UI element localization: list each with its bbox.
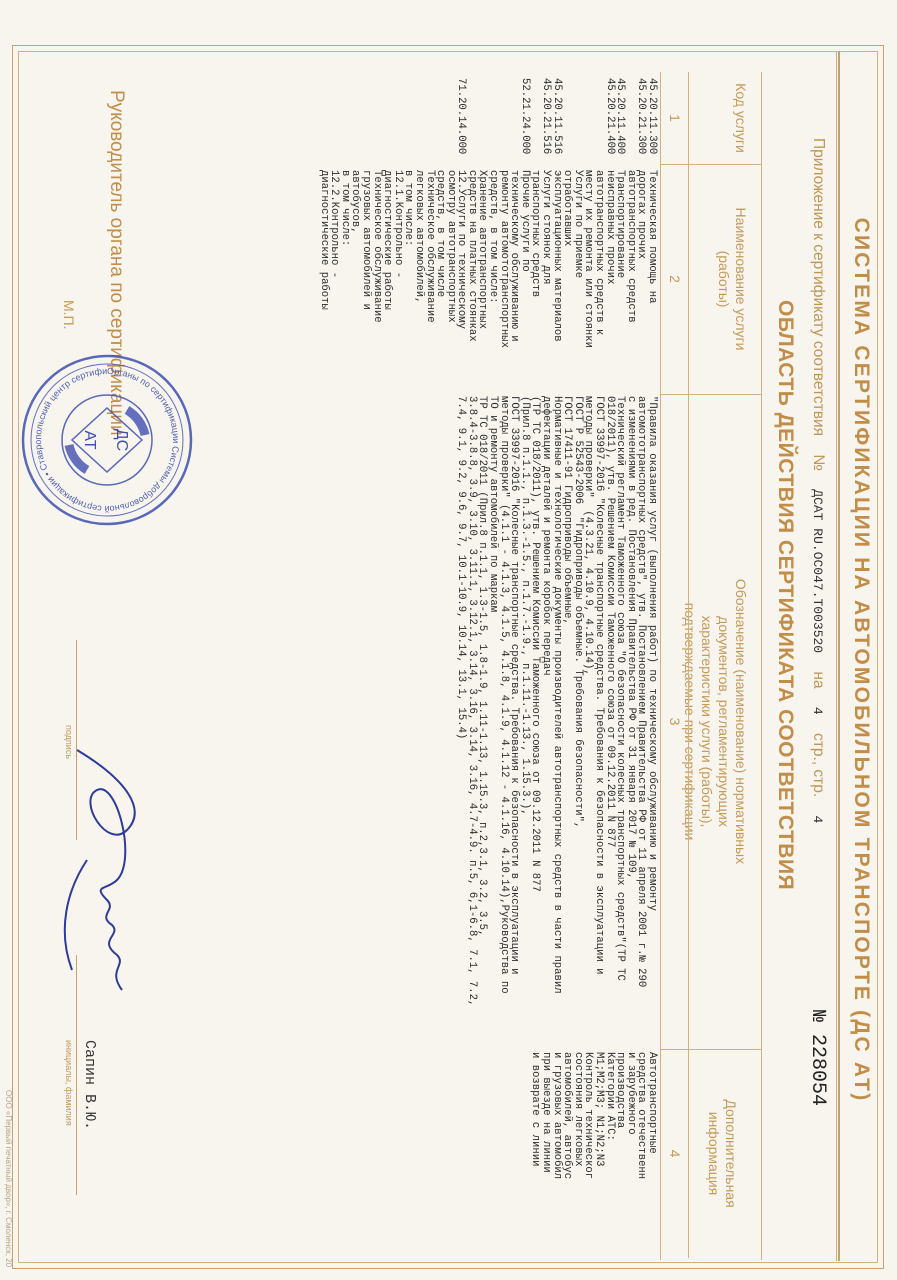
- normative-documents: "Правила оказания услуг (выполнения рабо…: [456, 396, 657, 1006]
- system-title: СИСТЕМА СЕРТИФИКАЦИИ НА АВТОМОБИЛЬНОМ ТР…: [849, 60, 873, 1260]
- number-sign: №: [810, 454, 827, 471]
- form-number: № 228054: [806, 1010, 829, 1106]
- title-divider-thin: [836, 51, 837, 1261]
- signatory-name: Сапин В.Ю.: [81, 1040, 98, 1130]
- handwritten-signature: [47, 740, 167, 1000]
- of-label: на: [810, 671, 827, 688]
- region-title: ОБЛАСТЬ ДЕЙСТВИЯ СЕРТИФИКАТА СООТВЕТСТВИ…: [773, 300, 797, 890]
- stamp-bottom-text: АТ: [81, 430, 98, 449]
- service-codes: 45.20.11.300 45.20.21.300 45.20.11.400 4…: [456, 78, 657, 154]
- certificate-appendix-page: СИСТЕМА СЕРТИФИКАЦИИ НА АВТОМОБИЛЬНОМ ТР…: [0, 0, 897, 1280]
- table-header: Код услуги 1 Наименование услуги (работы…: [660, 72, 762, 1260]
- certification-stamp: ДС АТ Органы по сертификации Системы доб…: [17, 350, 197, 530]
- certificate-number: ДСАТ RU.ОС047.Т003520: [810, 489, 825, 653]
- page-number: 4: [810, 816, 825, 824]
- appendix-line: Приложение к сертификату соответствия № …: [809, 138, 827, 837]
- column-header-service-name: Наименование услуги (работы) 2: [661, 164, 761, 395]
- column-header-normative-docs: Обозначение (наименование) нормативных д…: [661, 394, 761, 1050]
- printer-note: ООО «Первый печатный двор», г. Смоленск,…: [4, 1090, 13, 1267]
- name-line: [76, 955, 77, 1195]
- name-caption: инициалы, фамилия: [64, 1040, 74, 1126]
- pages-label: стр., стр.: [810, 733, 827, 797]
- additional-info: Автотранспортные средства отечественн и …: [530, 1052, 657, 1179]
- column-header-code: Код услуги 1: [661, 72, 761, 165]
- stamp-top-text: ДС: [113, 429, 130, 451]
- total-pages: 4: [810, 707, 825, 715]
- seal-placeholder: М.П.: [61, 300, 77, 330]
- appendix-label: Приложение к сертификату соответствия: [810, 138, 827, 436]
- column-header-additional-info: Дополнительная информация 4: [661, 1049, 761, 1258]
- service-names: Техническая помощь на дорогах прочих авт…: [318, 170, 657, 348]
- title-divider: [838, 51, 840, 1261]
